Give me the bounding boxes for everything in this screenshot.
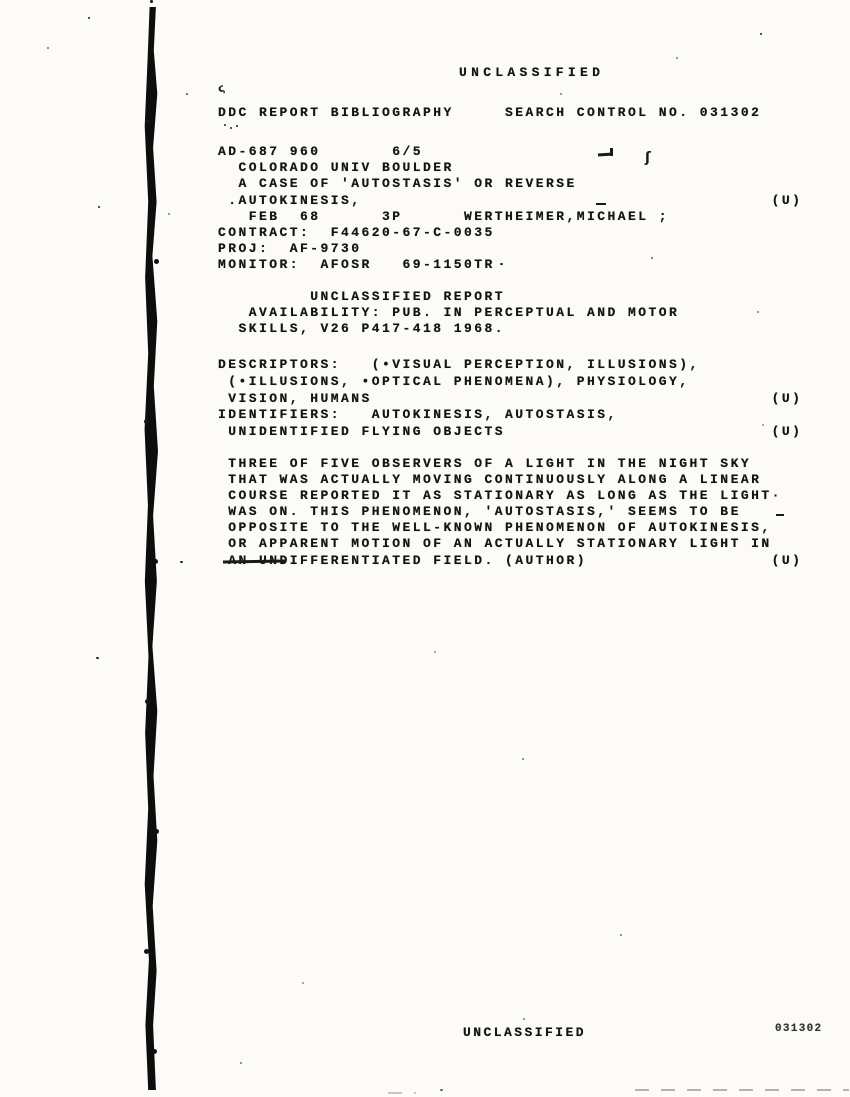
availability-block: UNCLASSIFIED REPORT AVAILABILITY: PUB. I… (218, 289, 679, 338)
scanned-document-page: UNCLASSIFIED DDC REPORT BIBLIOGRAPHY SEA… (0, 0, 850, 1097)
scan-speck (168, 213, 170, 215)
citation-block: AD-687 960 6/5 COLORADO UNIV BOULDER A C… (218, 144, 802, 274)
scan-speck (560, 93, 562, 95)
scan-speck (440, 1089, 443, 1091)
scan-speck (96, 657, 99, 659)
abstract-block: THREE OF FIVE OBSERVERS OF A LIGHT IN TH… (218, 456, 802, 569)
scan-speck (651, 257, 653, 259)
overline-artifact-wertheimer (596, 203, 606, 205)
scan-speck (88, 17, 90, 19)
scan-speck (500, 263, 503, 265)
footer-control-number: 031302 (775, 1022, 822, 1036)
scan-speck (523, 1018, 525, 1020)
bibliography-title-line: DDC REPORT BIBLIOGRAPHY SEARCH CONTROL N… (218, 105, 761, 121)
pen-squiggle-mark: ϛ (216, 81, 227, 96)
scan-speck (760, 33, 762, 35)
pen-hook-mark: ʃ (645, 150, 651, 166)
scan-speck (434, 651, 436, 653)
pen-cross-mark-stem (610, 148, 613, 156)
scan-speck (620, 934, 622, 936)
scan-speck (180, 561, 183, 563)
header-classification: UNCLASSIFIED (459, 65, 604, 81)
binding-edge-artifact (144, 7, 158, 1090)
binding-edge-blobs (150, 0, 153, 3)
ink-dot-cluster (224, 124, 226, 126)
bottom-edge-dashes (635, 1089, 849, 1091)
scan-speck (522, 758, 524, 760)
footer-classification: UNCLASSIFIED (463, 1025, 586, 1041)
scan-speck (98, 206, 100, 208)
descriptors-block: DESCRIPTORS: (•VISUAL PERCEPTION, ILLUSI… (218, 357, 802, 441)
scan-speck (186, 93, 188, 95)
bottom-edge-dash-short (388, 1092, 416, 1094)
scan-speck (757, 311, 759, 313)
scan-speck (676, 57, 678, 59)
scan-speck (240, 1062, 242, 1064)
overline-artifact-autokinesis (776, 514, 784, 516)
scan-speck (762, 424, 764, 426)
scan-speck (302, 982, 304, 984)
scan-speck (47, 47, 49, 49)
